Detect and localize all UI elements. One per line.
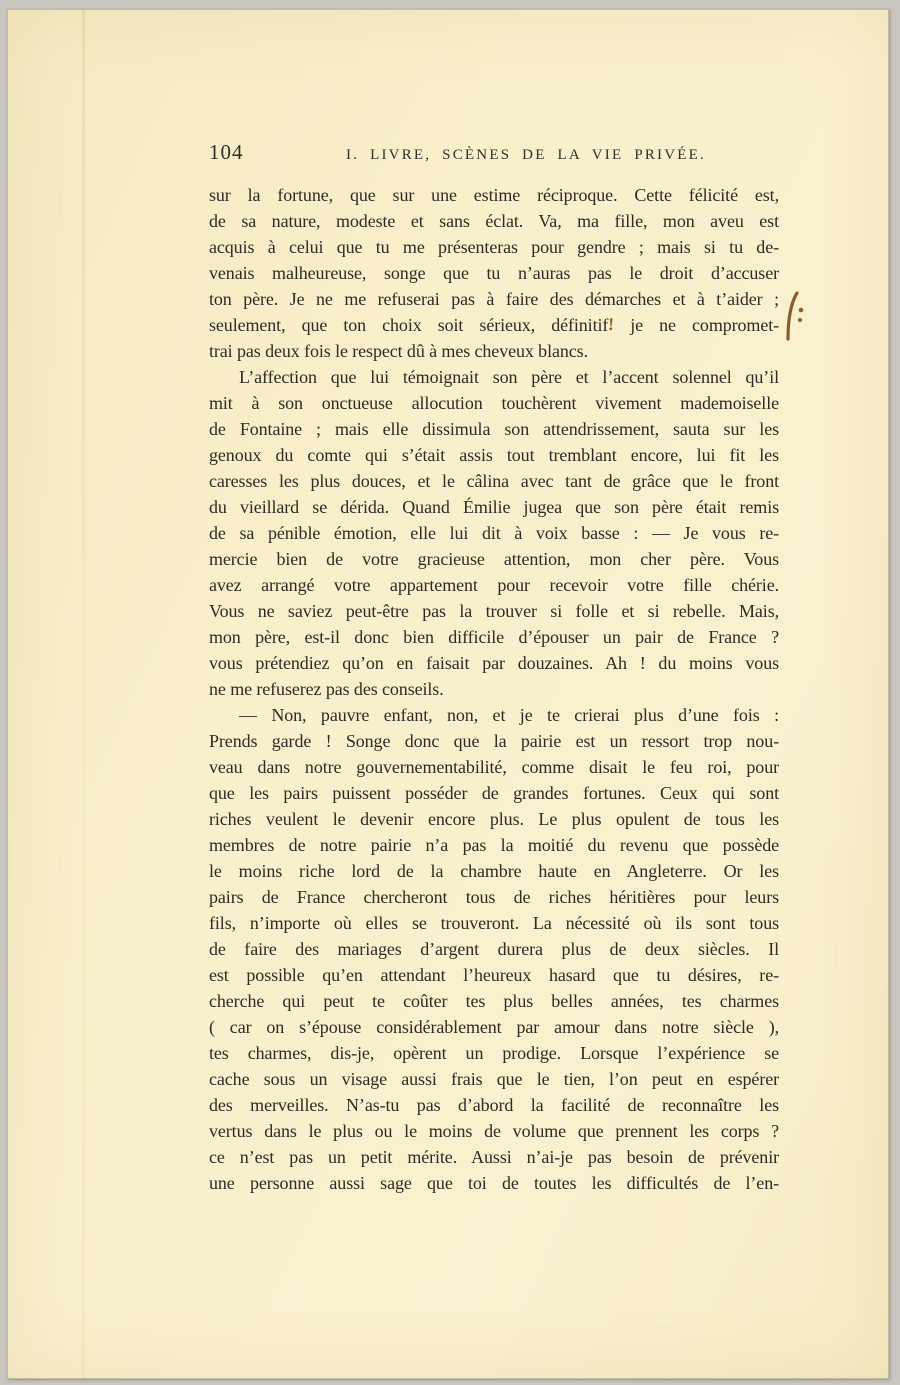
- text-line: Vous ne saviez peut-être pas la trouver …: [209, 598, 779, 624]
- scanned-page-background: 104 I. LIVRE, SCÈNES DE LA VIE PRIVÉE. s…: [0, 0, 900, 1385]
- text-line: ( car on s’épouse considérablement par a…: [209, 1014, 779, 1040]
- text-line: du vieillard se dérida. Quand Émilie jug…: [209, 494, 779, 520]
- text-line: vous prétendiez qu’on en faisait par dou…: [209, 650, 779, 676]
- text-line: fils, n’importe où elles se trouveront. …: [209, 910, 779, 936]
- text-segment: seulement, que ton choix soit sérieux, d…: [209, 315, 608, 335]
- text-line: — Non, pauvre enfant, non, et je te crie…: [209, 702, 779, 728]
- text-line: L’affection que lui témoignait son père …: [209, 364, 779, 390]
- text-line: de Fontaine ; mais elle dissimula son at…: [209, 416, 779, 442]
- text-line-with-ink-correction: seulement, que ton choix soit sérieux, d…: [209, 312, 779, 338]
- text-line: veau dans notre gouvernementabilité, com…: [209, 754, 779, 780]
- text-segment: je ne compromet-: [614, 315, 779, 335]
- running-title: I. LIVRE, SCÈNES DE LA VIE PRIVÉE.: [273, 147, 779, 164]
- running-header: 104 I. LIVRE, SCÈNES DE LA VIE PRIVÉE.: [209, 140, 779, 165]
- book-page: 104 I. LIVRE, SCÈNES DE LA VIE PRIVÉE. s…: [7, 9, 889, 1379]
- text-line: de sa nature, modeste et sans éclat. Va,…: [209, 208, 779, 234]
- text-line: ce n’est pas un petit mérite. Aussi n’ai…: [209, 1144, 779, 1170]
- handwritten-margin-mark-icon: [780, 290, 810, 350]
- text-line: de faire des mariages d’argent durera pl…: [209, 936, 779, 962]
- body-text: sur la fortune, que sur une estime récip…: [209, 182, 779, 1196]
- text-line: cherche qui peut te coûter tes plus bell…: [209, 988, 779, 1014]
- page-number: 104: [209, 140, 273, 165]
- text-line: acquis à celui que tu me présenteras pou…: [209, 234, 779, 260]
- text-line: une personne aussi sage que toi de toute…: [209, 1170, 779, 1196]
- text-line: genoux du comte qui s’était assis tout t…: [209, 442, 779, 468]
- text-line: est possible qu’en attendant l’heureux h…: [209, 962, 779, 988]
- text-line: venais malheureuse, songe que tu n’auras…: [209, 260, 779, 286]
- text-line: Prends garde ! Songe donc que la pairie …: [209, 728, 779, 754]
- text-line: avez arrangé votre appartement pour rece…: [209, 572, 779, 598]
- text-line: mit à son onctueuse allocution touchèren…: [209, 390, 779, 416]
- text-line: trai pas deux fois le respect dû à mes c…: [209, 338, 779, 364]
- text-line: le moins riche lord de la chambre haute …: [209, 858, 779, 884]
- text-line: ne me refuserez pas des conseils.: [209, 676, 779, 702]
- text-line: de sa pénible émotion, elle lui dit à vo…: [209, 520, 779, 546]
- text-line: tes charmes, dis-je, opèrent un prodige.…: [209, 1040, 779, 1066]
- text-line: caresses les plus douces, et le câlina a…: [209, 468, 779, 494]
- text-line: riches veulent le devenir encore plus. L…: [209, 806, 779, 832]
- paper-crease: [82, 10, 85, 1378]
- text-line: pairs de France chercheront tous de rich…: [209, 884, 779, 910]
- text-line: sur la fortune, que sur une estime récip…: [209, 182, 779, 208]
- text-line: mon père, est-il donc bien difficile d’é…: [209, 624, 779, 650]
- text-line: ton père. Je ne me refuserai pas à faire…: [209, 286, 779, 312]
- text-line: cache sous un visage aussi frais que le …: [209, 1066, 779, 1092]
- text-line: vertus dans le plus ou le moins de volum…: [209, 1118, 779, 1144]
- text-line: membres de notre pairie n’a pas la moiti…: [209, 832, 779, 858]
- text-line: mercie bien de votre gracieuse attention…: [209, 546, 779, 572]
- text-line: que les pairs puissent posséder de grand…: [209, 780, 779, 806]
- text-line: des merveilles. N’as-tu pas d’abord la f…: [209, 1092, 779, 1118]
